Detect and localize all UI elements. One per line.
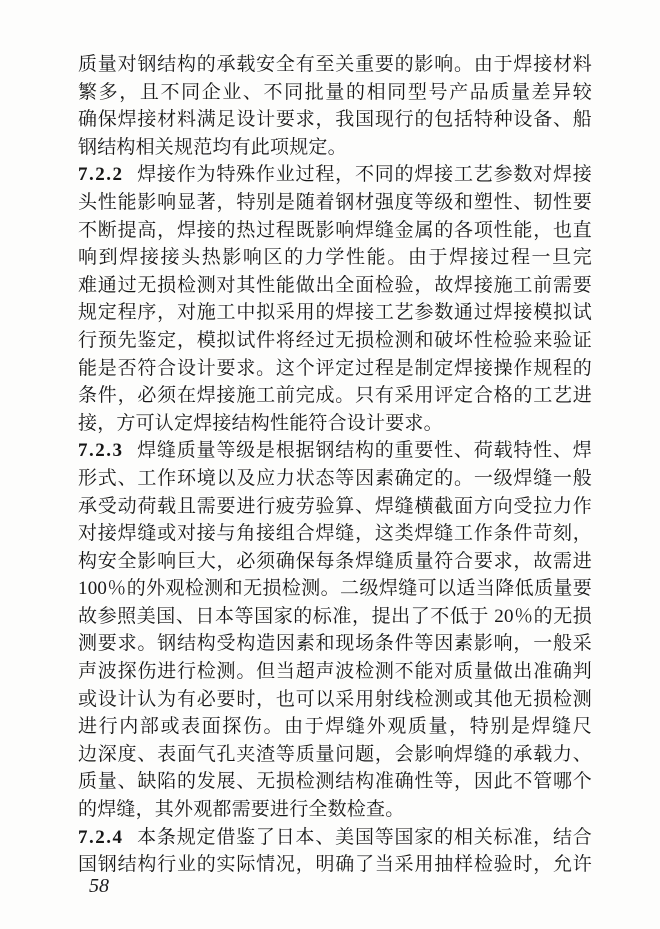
text-line: 或设计认为有必要时，也可以采用射线检测或其他无损检测方法 — [78, 686, 592, 714]
text-line: 质量、缺陷的发展、无损检测结构准确性等，因此不管哪个级别 — [78, 768, 592, 796]
text-line: 进行内部或表面探伤。由于焊缝外观质量，特别是焊缝尺寸、咬 — [78, 713, 592, 741]
text-line: 质量对钢结构的承载安全有至关重要的影响。由于焊接材料种类 — [78, 51, 592, 79]
page-number: 58 — [89, 872, 109, 900]
section-number: 7.2.3 — [78, 440, 124, 461]
document-page: 质量对钢结构的承载安全有至关重要的影响。由于焊接材料种类繁多，且不同企业、不同批… — [0, 0, 660, 929]
text-line: 规定程序，对施工中拟采用的焊接工艺参数通过焊接模拟试件进 — [78, 299, 592, 327]
text-line: 7.2.2焊接作为特殊作业过程，不同的焊接工艺参数对焊接接 — [78, 161, 592, 189]
text-line: 7.2.4本条规定借鉴了日本、美国等国家的相关标准，结合我 — [78, 824, 592, 852]
text-line: 承受动荷载且需要进行疲劳验算、焊缝横截面方向受拉力作用的 — [78, 493, 592, 521]
text-line: 国钢结构行业的实际情况，明确了当采用抽样检验时，允许存在 — [78, 851, 592, 879]
text-line: 头性能影响显著，特别是随着钢材强度等级和塑性、韧性要求的 — [78, 189, 592, 217]
text-line: 条件，必须在焊接施工前完成。只有采用评定合格的工艺进行焊 — [78, 382, 592, 410]
text-line: 故参照美国、日本等国家的标准，提出了不低于 20％的无损检 — [78, 603, 592, 631]
text-line: 繁多，且不同企业、不同批量的相同型号产品质量差异较大，为 — [78, 79, 592, 107]
text-line: 钢结构相关规范均有此项规定。 — [78, 134, 592, 162]
text-line: 的焊缝，其外观都需要进行全数检查。 — [78, 796, 592, 824]
text-line: 能是否符合设计要求。这个评定过程是制定焊接操作规程的前置 — [78, 355, 592, 383]
text-line: 接，方可认定焊接结构性能符合设计要求。 — [78, 410, 592, 438]
text-line: 行预先鉴定，模拟试件将经过无损检测和破坏性检验来验证其性 — [78, 327, 592, 355]
text-line: 边深度、表面气孔夹渣等质量问题，会影响焊缝的承载力、涂装 — [78, 741, 592, 769]
text-line: 声波探伤进行检测。但当超声波检测不能对质量做出准确判断， — [78, 658, 592, 686]
text-line: 形式、工作环境以及应力状态等因素确定的。一级焊缝一般都是 — [78, 465, 592, 493]
text-line: 不断提高，焊接的热过程既影响焊缝金属的各项性能，也直接影 — [78, 217, 592, 245]
text-line: 7.2.3焊缝质量等级是根据钢结构的重要性、荷载特性、焊缝 — [78, 437, 592, 465]
section-number: 7.2.4 — [78, 827, 124, 848]
text-line: 响到焊接接头热影响区的力学性能。由于焊接过程一旦完成，很 — [78, 244, 592, 272]
section-number: 7.2.2 — [78, 164, 124, 185]
text-line: 对接焊缝或对接与角接组合焊缝，这类焊缝工作条件苛刻，对结 — [78, 520, 592, 548]
text-line: 构安全影响巨大，必须确保每条焊缝质量符合要求，故需进行 — [78, 548, 592, 576]
text-line: 难通过无损检测对其性能做出全面检验，故焊接施工前需要按照 — [78, 272, 592, 300]
text-block: 质量对钢结构的承载安全有至关重要的影响。由于焊接材料种类繁多，且不同企业、不同批… — [78, 51, 592, 879]
text-line: 100％的外观检测和无损检测。二级焊缝可以适当降低质量要求， — [78, 575, 592, 603]
text-line: 确保焊接材料满足设计要求，我国现行的包括特种设备、船舶及 — [78, 106, 592, 134]
text-line: 测要求。钢结构受构造因素和现场条件等因素影响，一般采用超 — [78, 630, 592, 658]
